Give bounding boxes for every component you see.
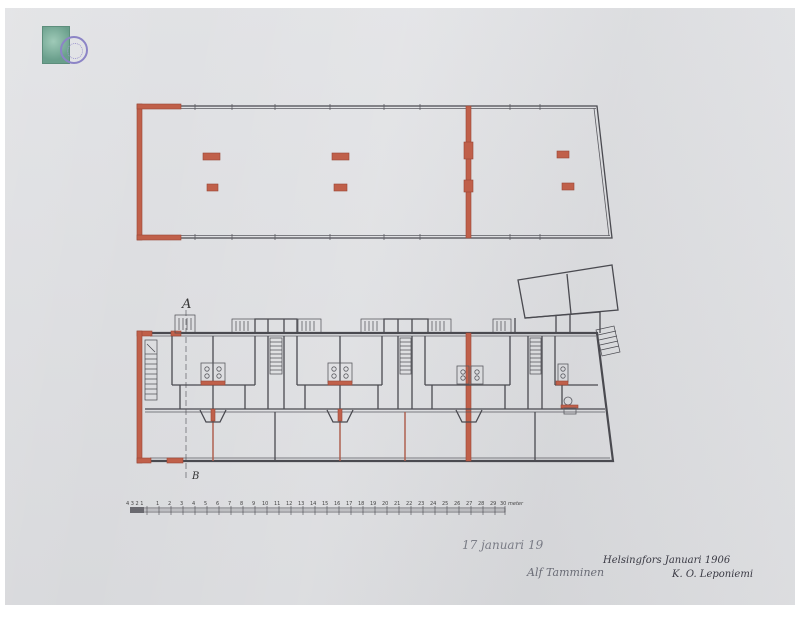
lower-plan	[137, 265, 620, 478]
svg-text:4 3 2 1: 4 3 2 1	[126, 501, 144, 507]
svg-text:22: 22	[406, 501, 412, 507]
floor-plan-drawing: .w { stroke: #4a4a50; stroke-width: 1.3;…	[0, 0, 800, 620]
svg-text:3: 3	[180, 501, 183, 507]
svg-text:25: 25	[442, 501, 448, 507]
architect-name: K. O. Leponiemi	[672, 569, 753, 580]
svg-text:11: 11	[274, 501, 280, 507]
svg-text:5: 5	[204, 501, 207, 507]
svg-text:16: 16	[334, 501, 340, 507]
stoves	[201, 363, 578, 414]
svg-text:24: 24	[430, 501, 436, 507]
svg-text:17: 17	[346, 501, 352, 507]
scale-bar: 4 3 2 1 123 456 789 101112 131415 161718…	[126, 501, 524, 515]
svg-text:13: 13	[298, 501, 304, 507]
circular-seal-icon	[60, 36, 88, 64]
svg-text:27: 27	[466, 501, 472, 507]
svg-text:18: 18	[358, 501, 364, 507]
svg-text:23: 23	[418, 501, 424, 507]
svg-text:9: 9	[252, 501, 255, 507]
svg-text:12: 12	[286, 501, 292, 507]
svg-text:29: 29	[490, 501, 496, 507]
svg-text:28: 28	[478, 501, 484, 507]
svg-text:14: 14	[310, 501, 316, 507]
svg-text:21: 21	[394, 501, 400, 507]
svg-text:19: 19	[370, 501, 376, 507]
svg-text:1: 1	[156, 501, 159, 507]
svg-text:2: 2	[168, 501, 171, 507]
svg-text:7: 7	[228, 501, 231, 507]
date-note: 17 januari 19	[462, 538, 543, 552]
upper-plan	[137, 104, 612, 240]
section-marker-b: B	[192, 471, 199, 482]
section-marker-a: A	[182, 297, 191, 312]
signature: Alf Tamminen	[527, 566, 604, 579]
place-date: Helsingfors Januari 1906	[603, 555, 730, 566]
svg-text:30: 30	[500, 501, 506, 507]
svg-text:10: 10	[262, 501, 268, 507]
svg-text:15: 15	[322, 501, 328, 507]
svg-text:20: 20	[382, 501, 388, 507]
svg-text:26: 26	[454, 501, 460, 507]
svg-text:6: 6	[216, 501, 219, 507]
svg-text:8: 8	[240, 501, 243, 507]
svg-text:4: 4	[192, 501, 195, 507]
svg-text:meter: meter	[508, 501, 524, 507]
